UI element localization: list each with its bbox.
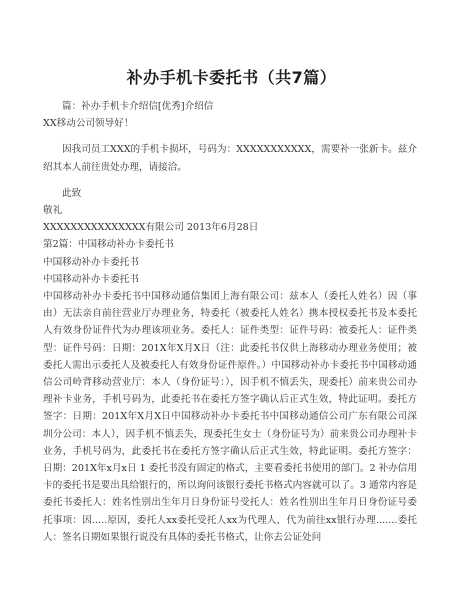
paragraph-main-content: 中国移动补办卡委托书中国移动通信集团上海有限公司：兹本人（委托人姓名）因（事由）… xyxy=(43,288,417,546)
paragraph-regards: 敬礼 xyxy=(43,202,417,219)
paragraph-heading-repeat-1: 中国移动补办卡委托书 xyxy=(43,254,417,271)
paragraph-closing: 此致 xyxy=(43,185,417,202)
document-body: 篇：补办手机卡介绍信[优秀]介绍信 XX移动公司领导好！ 因我司员工XXX的手机… xyxy=(43,98,417,546)
paragraph-signature-date: XXXXXXXXXXXXXXX有限公司 2013年6月28日 xyxy=(43,219,417,236)
document-page: 补办手机卡委托书（共7篇） 篇：补办手机卡介绍信[优秀]介绍信 XX移动公司领导… xyxy=(0,0,463,600)
paragraph-letter-body: 因我司员工XXX的手机卡损坏，号码为：XXXXXXXXXXX，需要补一张新卡。兹… xyxy=(43,141,417,175)
paragraph-subtitle: 篇：补办手机卡介绍信[优秀]介绍信 xyxy=(43,98,417,115)
document-title: 补办手机卡委托书（共7篇） xyxy=(0,65,463,88)
paragraph-section-2-heading: 第2篇：中国移动补办卡委托书 xyxy=(43,236,417,253)
paragraph-salutation: XX移动公司领导好！ xyxy=(43,115,417,132)
paragraph-heading-repeat-2: 中国移动补办卡委托书 xyxy=(43,271,417,288)
